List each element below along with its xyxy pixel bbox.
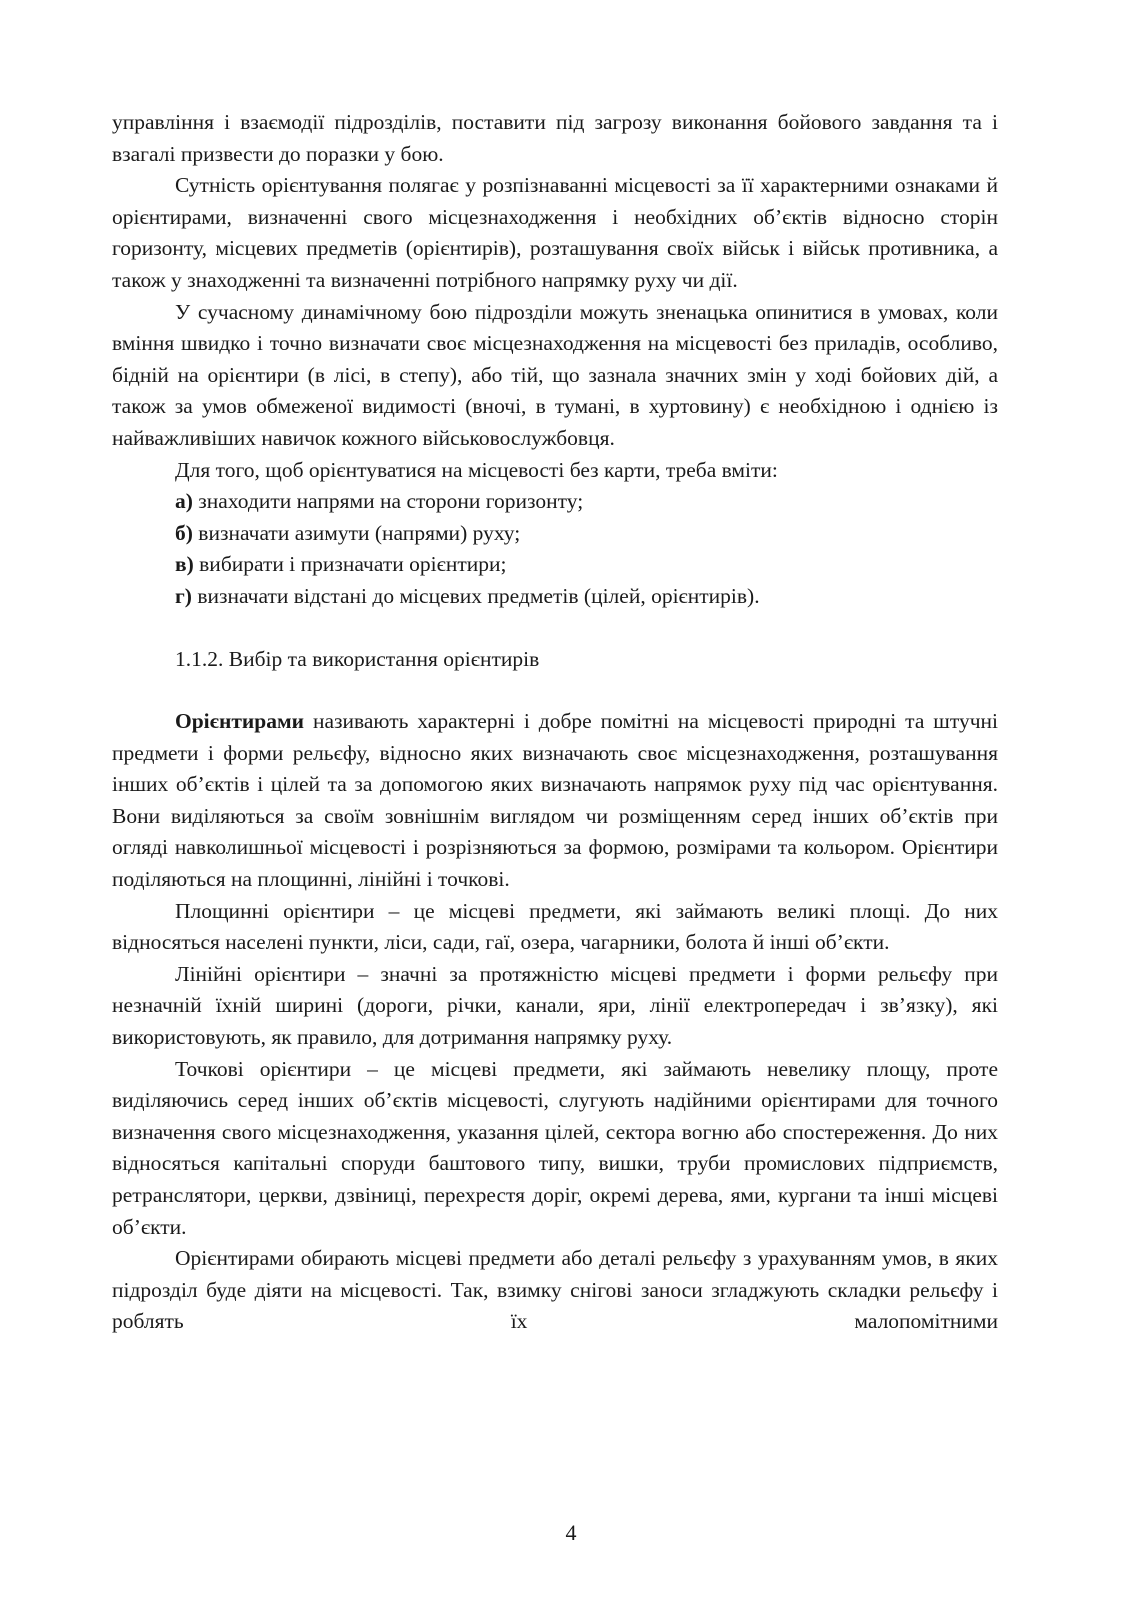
list-item: г) визначати відстані до місцевих предме… — [112, 581, 998, 613]
list-marker: г) — [175, 584, 192, 608]
skills-list: а) знаходити напрями на сторони горизонт… — [112, 486, 998, 612]
list-item-text: визначати азимути (напрями) руху; — [193, 521, 520, 545]
list-item: б) визначати азимути (напрями) руху; — [112, 518, 998, 550]
paragraph-continuation: управління і взаємодії підрозділів, пост… — [112, 107, 998, 170]
defined-term: Орієнтирами — [175, 709, 304, 733]
paragraph-landmark-selection: Орієнтирами обирають місцеві предмети аб… — [112, 1243, 998, 1338]
paragraph-linear-landmarks: Лінійні орієнтири – значні за протяжніст… — [112, 959, 998, 1054]
list-item: а) знаходити напрями на сторони горизонт… — [112, 486, 998, 518]
paragraph-point-landmarks: Точкові орієнтири – це місцеві предмети,… — [112, 1054, 998, 1244]
list-item: в) вибирати і призначати орієнтири; — [112, 549, 998, 581]
page-number: 4 — [0, 1520, 1142, 1546]
section-heading: 1.1.2. Вибір та використання орієнтирів — [112, 644, 998, 676]
list-item-text: вибирати і призначати орієнтири; — [194, 552, 507, 576]
paragraph-essence-of-orientation: Сутність орієнтування полягає у розпізна… — [112, 170, 998, 296]
list-item-text: знаходити напрями на сторони горизонту; — [193, 489, 583, 513]
list-marker: б) — [175, 521, 193, 545]
list-marker: а) — [175, 489, 193, 513]
skills-intro: Для того, щоб орієнтуватися на місцевост… — [112, 455, 998, 487]
paragraph-definition: Орієнтирами називають характерні і добре… — [112, 706, 998, 896]
document-page: управління і взаємодії підрозділів, пост… — [112, 107, 998, 1338]
paragraph-modern-combat: У сучасному динамічному бою підрозділи м… — [112, 297, 998, 455]
list-item-text: визначати відстані до місцевих предметів… — [192, 584, 760, 608]
definition-text: називають характерні і добре помітні на … — [112, 709, 998, 891]
paragraph-area-landmarks: Площинні орієнтири – це місцеві предмети… — [112, 896, 998, 959]
list-marker: в) — [175, 552, 194, 576]
